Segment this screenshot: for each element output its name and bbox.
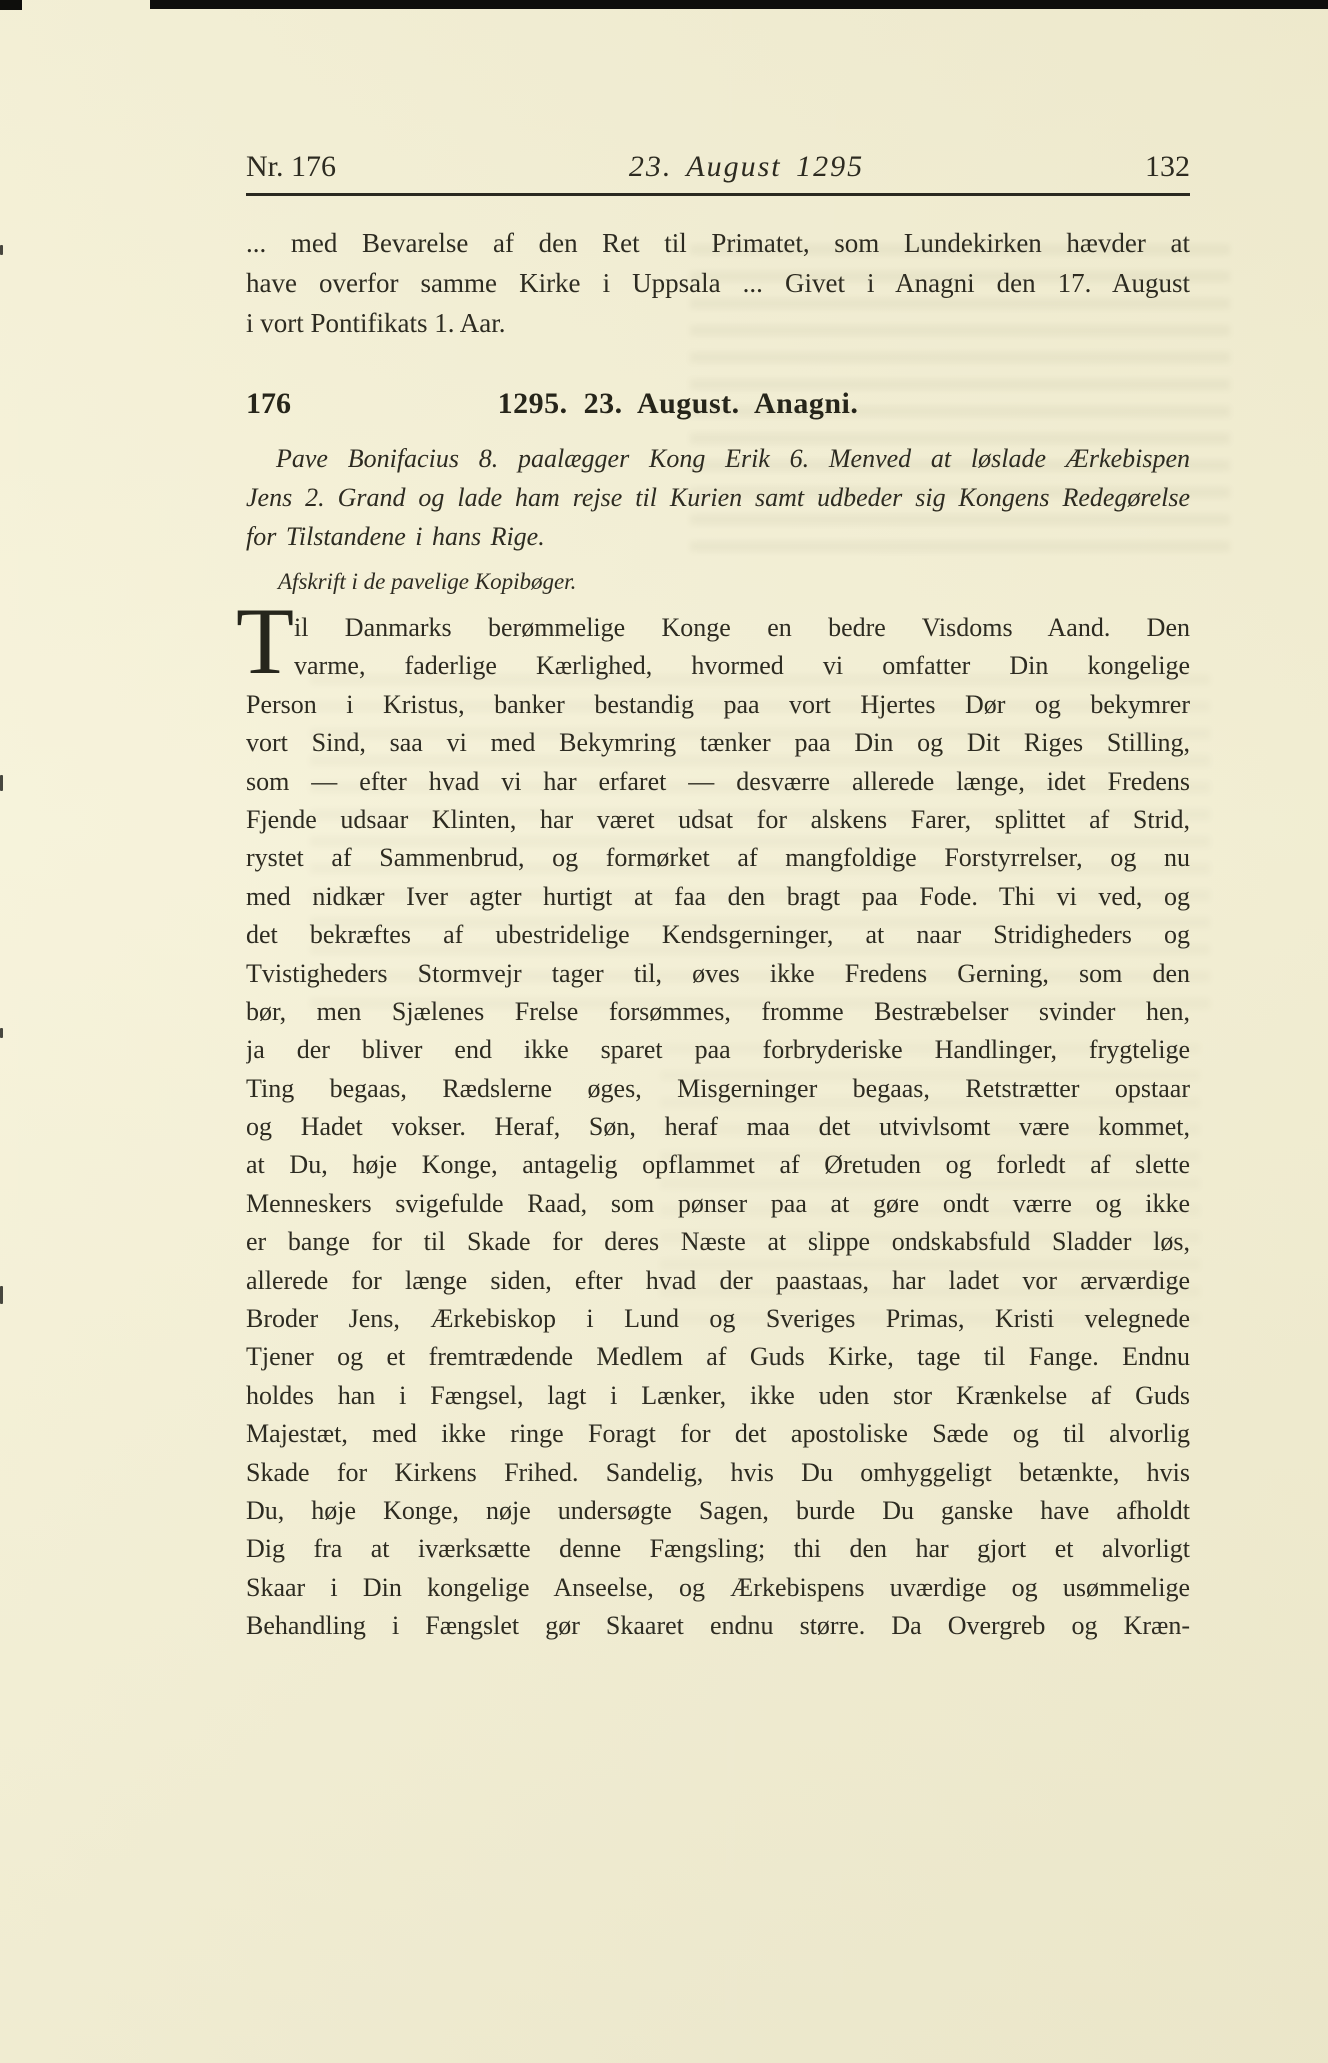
text-line: Skade for Kirkens Frihed. Sandelig, hvis… [246, 1454, 1190, 1492]
running-header: Nr. 176 23. August 1295 132 [246, 150, 1190, 196]
text-line: Du, høje Konge, nøje undersøgte Sagen, b… [246, 1492, 1190, 1530]
text-line: i vort Pontifikats 1. Aar. [246, 303, 1190, 343]
text-line: Tvistigheders Stormvejr tager til, øves … [246, 955, 1190, 993]
text-line: Menneskers svigefulde Raad, som pønser p… [246, 1185, 1190, 1223]
text-line: at Du, høje Konge, antagelig opflammet a… [246, 1146, 1190, 1184]
scanned-page: Nr. 176 23. August 1295 132 ... med Beva… [0, 0, 1328, 2063]
scan-edge-artifact [0, 775, 3, 791]
text-line: det bekræftes af ubestridelige Kendsgern… [246, 916, 1190, 954]
text-line: rystet af Sammenbrud, og formørket af ma… [246, 839, 1190, 877]
letter-body-lines: il Danmarks berømmelige Konge en bedre V… [246, 609, 1190, 1646]
text-line: bør, men Sjælenes Frelse forsømmes, from… [246, 993, 1190, 1031]
header-date: 23. August 1295 [629, 150, 864, 184]
scan-edge-artifact [0, 245, 3, 255]
source-note: Afskrift i de pavelige Kopibøger. [246, 567, 1190, 596]
text-line: Fjende udsaar Klinten, har været udsat f… [246, 801, 1190, 839]
text-line: ja der bliver end ikke sparet paa forbry… [246, 1031, 1190, 1069]
entry-date-place: 1295. 23. August. Anagni. [498, 387, 859, 420]
letter-body: T il Danmarks berømmelige Konge en bedre… [246, 609, 1190, 1646]
text-line: Majestæt, med ikke ringe Foragt for det … [246, 1415, 1190, 1453]
scan-edge-corner [0, 0, 22, 10]
text-line: Ting begaas, Rædslerne øges, Misgerninge… [246, 1070, 1190, 1108]
text-line: med nidkær Iver agter hurtigt at faa den… [246, 878, 1190, 916]
text-line: Person i Kristus, banker bestandig paa v… [246, 686, 1190, 724]
scan-edge-artifact [0, 1286, 3, 1304]
scan-edge-artifact [0, 1028, 3, 1038]
text-line: for Tilstandene i hans Rige. [246, 517, 1190, 556]
drop-cap: T [236, 594, 294, 689]
text-line: have overfor samme Kirke i Uppsala ... G… [246, 263, 1190, 303]
entry-heading: 176 1295. 23. August. Anagni. [246, 387, 1190, 420]
text-line: Broder Jens, Ærkebiskop i Lund og Sverig… [246, 1300, 1190, 1338]
page-number: 132 [1145, 150, 1190, 184]
previous-entry-conclusion: ... med Bevarelse af den Ret til Primate… [246, 223, 1190, 343]
text-line: som — efter hvad vi har erfaret — desvær… [246, 763, 1190, 801]
text-line: varme, faderlige Kærlighed, hvormed vi o… [246, 647, 1190, 685]
text-line: Jens 2. Grand og lade ham rejse til Kuri… [246, 478, 1190, 517]
text-line: vort Sind, saa vi med Bekymring tænker p… [246, 724, 1190, 762]
text-line: allerede for længe siden, efter hvad der… [246, 1262, 1190, 1300]
text-line: Behandling i Fængslet gør Skaaret endnu … [246, 1607, 1190, 1645]
text-line: Dig fra at iværksætte denne Fængsling; t… [246, 1530, 1190, 1568]
text-line: og Hadet vokser. Heraf, Søn, heraf maa d… [246, 1108, 1190, 1146]
text-line: ... med Bevarelse af den Ret til Primate… [246, 223, 1190, 263]
entry-summary: Pave Bonifacius 8. paalægger Kong Erik 6… [246, 439, 1190, 556]
text-line: holdes han i Fængsel, lagt i Lænker, ikk… [246, 1377, 1190, 1415]
document-number: Nr. 176 [246, 150, 336, 184]
text-column: Nr. 176 23. August 1295 132 ... med Beva… [246, 0, 1190, 1646]
entry-number: 176 [246, 387, 291, 420]
text-line: er bange for til Skade for deres Næste a… [246, 1223, 1190, 1261]
text-line: Skaar i Din kongelige Anseelse, og Ærkeb… [246, 1569, 1190, 1607]
text-line: Tjener og et fremtrædende Medlem af Guds… [246, 1338, 1190, 1376]
text-line: il Danmarks berømmelige Konge en bedre V… [246, 609, 1190, 647]
text-line: Pave Bonifacius 8. paalægger Kong Erik 6… [246, 439, 1190, 478]
